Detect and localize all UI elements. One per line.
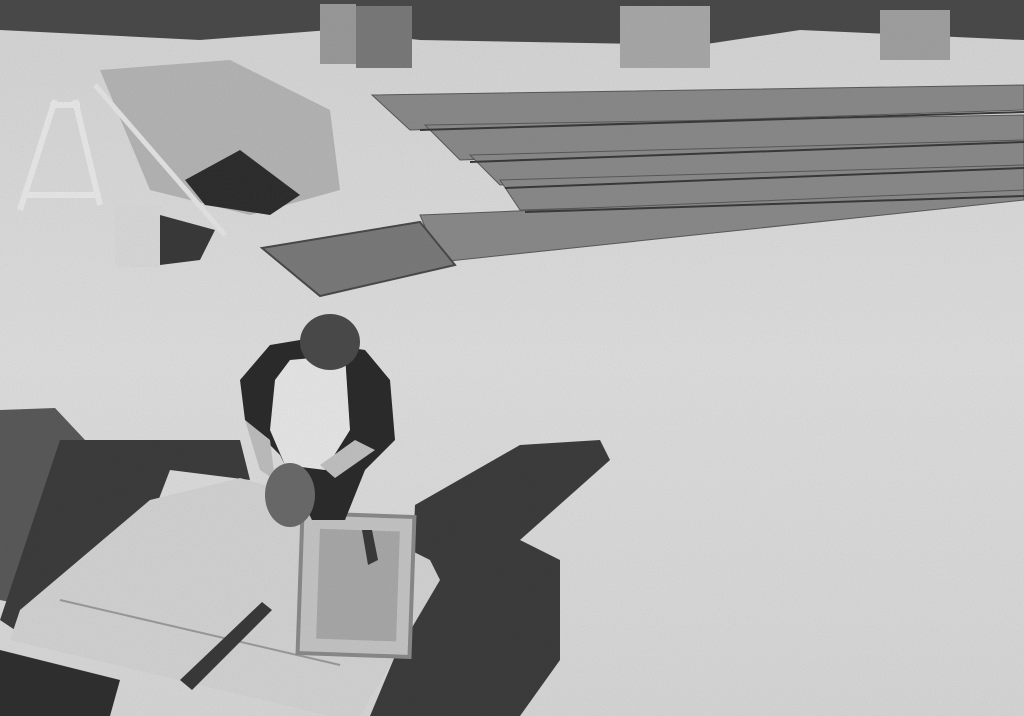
brick-stack-1 [320,4,356,64]
bucket [115,205,165,267]
brickmaking-photograph [0,0,1024,716]
clay-lump-in-hands [265,463,315,527]
brick-stack-2 [356,6,412,68]
brick-stack-4 [880,10,950,60]
brick-stack-3 [620,6,710,68]
worker-cap [300,314,360,370]
